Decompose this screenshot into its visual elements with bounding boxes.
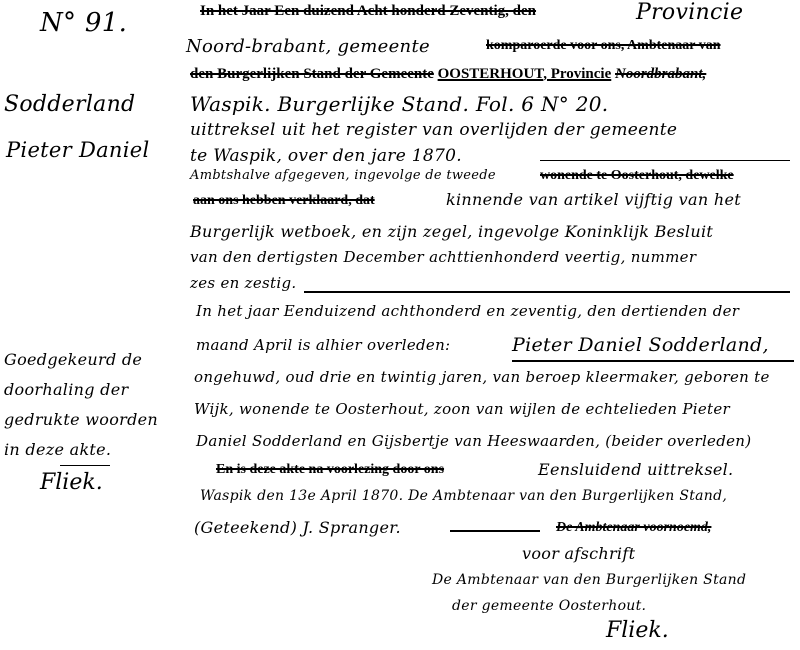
- handwritten-text: kinnende van artikel vijftig van het: [446, 190, 741, 209]
- handwritten-text: der gemeente Oosterhout.: [452, 598, 646, 614]
- handwritten-text: voor afschrift: [522, 544, 635, 563]
- municipality-name: OOSTERHOUT: [438, 66, 544, 82]
- annotation-line: gedrukte woorden: [4, 410, 158, 429]
- official-signature: Fliek.: [606, 618, 669, 643]
- fill-line: [304, 291, 790, 293]
- handwritten-text: Ambtshalve afgegeven, ingevolge de tweed…: [190, 168, 496, 183]
- annotation-line: Goedgekeurd de: [4, 350, 142, 369]
- printed-struck-text: De Ambtenaar voornoemd,: [556, 520, 711, 536]
- handwritten-text: (Geteekend) J. Spranger.: [194, 518, 401, 537]
- name-underline: [512, 360, 794, 362]
- annotation-line: in deze akte.: [4, 440, 111, 459]
- record-number: N° 91.: [40, 8, 127, 38]
- handwritten-text: uittreksel uit het register van overlijd…: [190, 120, 677, 140]
- handwritten-text: Waspik. Burgerlijke Stand. Fol. 6 N° 20.: [190, 92, 608, 116]
- handwritten-text: De Ambtenaar van den Burgerlijken Stand: [432, 572, 746, 588]
- printed-struck-text: In het Jaar Een duizend Acht honderd Zev…: [200, 3, 536, 20]
- handwritten-text: Burgerlijk wetboek, en zijn zegel, ingev…: [190, 222, 713, 241]
- handwritten-text: te Waspik, over den jare 1870.: [190, 146, 462, 166]
- annotation-line: doorhaling der: [4, 380, 128, 399]
- handwritten-text: Provincie: [636, 0, 743, 25]
- deceased-name: Pieter Daniel Sodderland,: [512, 334, 769, 356]
- printed-text: den Burgerlijken Stand der Gemeente OOST…: [190, 66, 706, 83]
- printed-struck-text: En is deze akte na voorlezing door ons: [216, 462, 444, 478]
- printed-struck-text: wonende te Oosterhout, dewelke: [540, 168, 734, 184]
- printed-struck-text: komparoerde voor ons, Ambtenaar van: [486, 38, 721, 54]
- handwritten-text: Eensluidend uittreksel.: [538, 460, 733, 479]
- handwritten-text: zes en zestig.: [190, 274, 296, 292]
- handwritten-text: In het jaar Eenduizend achthonderd en ze…: [196, 302, 739, 320]
- handwritten-text: ongehuwd, oud drie en twintig jaren, van…: [194, 368, 770, 386]
- printed-struck-text: aan ons hebben verklaard, dat: [193, 193, 375, 209]
- margin-surname: Sodderland: [4, 92, 135, 117]
- handwritten-text: Noord-brabant, gemeente: [186, 36, 430, 57]
- fill-line: [540, 160, 790, 161]
- handwritten-text: Waspik den 13e April 1870. De Ambtenaar …: [200, 488, 727, 504]
- fill-line: [450, 530, 540, 532]
- divider: [60, 465, 110, 466]
- handwritten-text: maand April is alhier overleden:: [196, 336, 450, 354]
- handwritten-text: Daniel Sodderland en Gijsbertje van Hees…: [196, 432, 751, 450]
- margin-given-names: Pieter Daniel: [6, 138, 150, 162]
- handwritten-text: Wijk, wonende te Oosterhout, zoon van wi…: [194, 400, 730, 418]
- annotation-signature: Fliek.: [40, 470, 103, 495]
- handwritten-text: van den dertigsten December achttienhond…: [190, 248, 696, 266]
